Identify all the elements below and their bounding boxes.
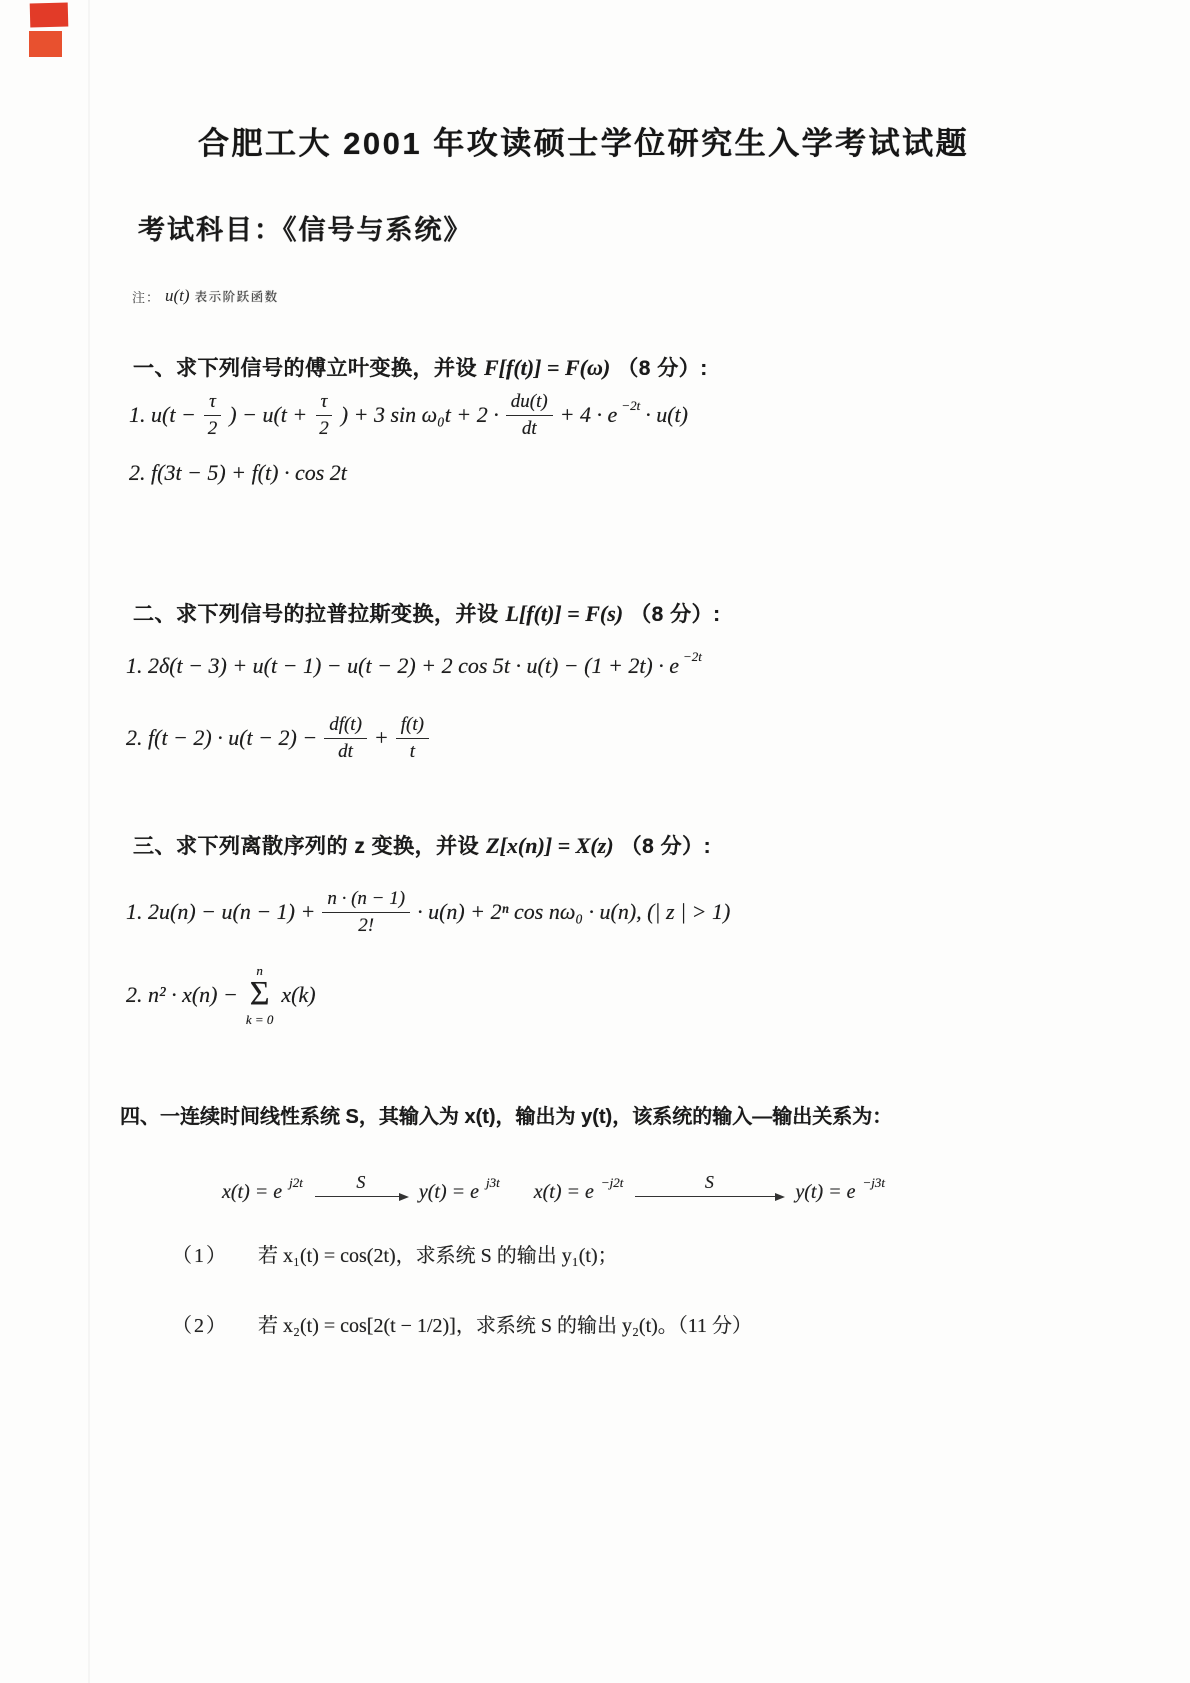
note-prefix: 注： (132, 287, 160, 306)
section-1-heading-points: （8 分）: (617, 352, 708, 382)
arrow-head-icon (399, 1193, 409, 1201)
arrow-shaft (635, 1196, 779, 1197)
fraction-denominator: dt (517, 416, 542, 440)
fraction-denominator: t (405, 739, 420, 763)
math-token: ) − u(t + (229, 402, 307, 428)
math-token: + (374, 725, 389, 751)
math-token: ) + 3 sin ω₀t + 2 · (341, 402, 499, 428)
exponent-token: j3t (486, 1175, 500, 1191)
math-token: 2. f(t − 2) · u(t − 2) − (126, 725, 317, 751)
math-token: y(t) = e (795, 1181, 855, 1204)
arrow-shaft (315, 1196, 403, 1197)
arrow-head-icon (775, 1193, 785, 1201)
math-token: · u(t) (645, 402, 688, 428)
exam-paper-page: 合肥工大 2001 年攻读硕士学位研究生入学考试试题 考试科目：《信号与系统》 … (0, 0, 1190, 1683)
note-line: 注： u(t) 表示阶跃函数 (132, 286, 279, 306)
summation-lower-limit: k = 0 (246, 1013, 274, 1026)
note-suffix: 表示阶跃函数 (195, 287, 279, 305)
fraction-numerator: n · (n − 1) (322, 888, 410, 913)
fraction-numerator: f(t) (396, 714, 429, 739)
section-3-heading-text: 三、求下列离散序列的 z 变换，并设 (133, 830, 479, 860)
sub-question-2-text: 若 x₂(t) = cos[2(t − 1/2)]，求系统 S 的输出 y₂(t… (258, 1309, 752, 1338)
formula-1-2: 2. f(3t − 5) + f(t) · cos 2t (129, 460, 347, 486)
exam-title: 合肥工大 2001 年攻读硕士学位研究生入学考试试题 (198, 118, 969, 163)
exponent-token: j2t (289, 1175, 303, 1191)
math-token: 2. f(3t − 5) + f(t) · cos 2t (129, 460, 347, 486)
formula-3-1: 1. 2u(n) − u(n − 1) + n · (n − 1) 2! · u… (126, 878, 730, 946)
system-label-s: S (356, 1172, 365, 1193)
math-token: x(k) (281, 982, 315, 1008)
system-arrow: S (635, 1178, 783, 1206)
sub-question-1: （1） 若 x₁(t) = cos(2t)，求系统 S 的输出 y₁(t)； (172, 1239, 618, 1268)
note-math-u-t: u(t) (165, 286, 190, 306)
formula-1-1: 1. u(t − τ 2 ) − u(t + τ 2 ) + 3 sin ω₀t… (129, 383, 688, 447)
math-token: x(t) = e (534, 1181, 594, 1204)
section-1-heading-text: 一、求下列信号的傅立叶变换，并设 (133, 352, 477, 382)
math-token: 1. u(t − (129, 402, 196, 428)
math-token: x(t) = e (222, 1181, 282, 1204)
fraction-numerator: τ (204, 391, 221, 416)
fraction-n-n-minus-1-over-2-factorial: n · (n − 1) 2! (322, 888, 410, 937)
section-3-heading-math: Z[x(n)] = X(z) (486, 833, 613, 859)
fraction-denominator: 2! (353, 913, 379, 937)
fraction-f-over-t: f(t) t (396, 714, 429, 763)
scan-artifact-line (88, 0, 90, 1683)
sub-question-1-text: 若 x₁(t) = cos(2t)，求系统 S 的输出 y₁(t)； (258, 1239, 618, 1268)
math-token: 2. n² · x(n) − (126, 982, 238, 1008)
fraction-denominator: dt (333, 739, 358, 763)
math-token: 1. 2u(n) − u(n − 1) + (126, 899, 315, 925)
fraction-tau-over-2: τ 2 (203, 391, 223, 440)
exponent-token: −j3t (863, 1175, 886, 1191)
formula-2-1: 1. 2δ(t − 3) + u(t − 1) − u(t − 2) + 2 c… (126, 653, 702, 679)
math-token: + 4 · e (560, 402, 618, 428)
exam-subject: 考试科目：《信号与系统》 (138, 208, 473, 247)
system-arrow: S (315, 1178, 407, 1206)
formula-3-2: 2. n² · x(n) − n Σ k = 0 x(k) (126, 953, 316, 1037)
section-2-heading: 二、求下列信号的拉普拉斯变换，并设 L[f(t)] = F(s) （8 分）: (133, 598, 721, 628)
section-4-heading-text: 四、一连续时间线性系统 S，其输入为 x(t)，输出为 y(t)，该系统的输入—… (120, 1100, 892, 1129)
io-relation-2: x(t) = e −j2t S y(t) = e −j3t (534, 1178, 885, 1206)
fraction-denominator: 2 (314, 416, 334, 440)
fraction-denominator: 2 (203, 416, 223, 440)
fraction-numerator: df(t) (324, 714, 367, 739)
section-3-heading-points: （8 分）: (621, 830, 712, 860)
fraction-tau-over-2: τ 2 (314, 391, 334, 440)
section-2-heading-points: （8 分）: (630, 598, 721, 628)
formula-2-2: 2. f(t − 2) · u(t − 2) − df(t) dt + f(t)… (126, 702, 431, 774)
red-stamp-mark-top (30, 3, 69, 28)
sub-question-1-number: （1） (172, 1239, 228, 1268)
section-2-heading-text: 二、求下列信号的拉普拉斯变换，并设 (133, 598, 499, 628)
sub-question-2-number: （2） (172, 1309, 228, 1338)
section-1-heading: 一、求下列信号的傅立叶变换，并设 F[f(t)] = F(ω) （8 分）: (133, 352, 708, 382)
section-4-heading: 四、一连续时间线性系统 S，其输入为 x(t)，输出为 y(t)，该系统的输入—… (120, 1100, 892, 1129)
summation-k-0-to-n: n Σ k = 0 (246, 964, 274, 1026)
fraction-du-dt: du(t) dt (506, 391, 553, 440)
io-relation-1: x(t) = e j2t S y(t) = e j3t (222, 1178, 500, 1206)
math-token: 1. 2δ(t − 3) + u(t − 1) − u(t − 2) + 2 c… (126, 653, 679, 679)
fraction-df-dt: df(t) dt (324, 714, 367, 763)
red-stamp-mark-bottom (29, 31, 62, 57)
section-3-heading: 三、求下列离散序列的 z 变换，并设 Z[x(n)] = X(z) （8 分）: (133, 830, 711, 860)
sigma-symbol: Σ (250, 979, 270, 1010)
section-2-heading-math: L[f(t)] = F(s) (506, 601, 624, 627)
math-token: · u(n) + 2ⁿ cos nω₀ · u(n), (| z | > 1) (417, 899, 730, 925)
section-1-heading-math: F[f(t)] = F(ω) (484, 355, 610, 381)
fraction-numerator: τ (316, 391, 333, 416)
exponent-token: −2t (621, 398, 640, 414)
exponent-token: −j2t (601, 1175, 624, 1191)
fraction-numerator: du(t) (506, 391, 553, 416)
system-label-s: S (705, 1172, 714, 1193)
sub-question-2: （2） 若 x₂(t) = cos[2(t − 1/2)]，求系统 S 的输出 … (172, 1309, 752, 1338)
exponent-token: −2t (683, 649, 702, 665)
math-token: y(t) = e (419, 1181, 479, 1204)
system-io-relations: x(t) = e j2t S y(t) = e j3t x(t) = e −j2… (222, 1178, 885, 1206)
